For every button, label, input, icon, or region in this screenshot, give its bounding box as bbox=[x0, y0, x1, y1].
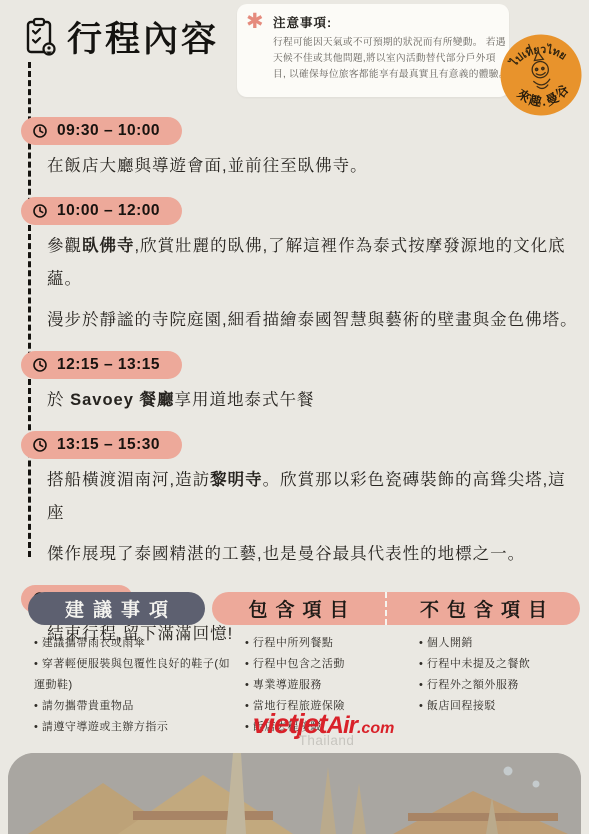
included-header-cell: 包含項目 bbox=[212, 592, 385, 625]
checklist-pin-icon bbox=[20, 16, 60, 58]
itinerary-page: 行程內容 ✱ 注意事項: 行程可能因天氣或不可預期的狀況而有所變動。 若遇天候不… bbox=[0, 0, 589, 834]
list-item: 專業導遊服務 bbox=[245, 675, 417, 696]
clock-icon bbox=[32, 437, 48, 453]
time-badge: 09:30 – 10:00 bbox=[21, 117, 182, 145]
included-excluded-band: 包含項目 不包含項目 bbox=[212, 592, 580, 625]
timeline-text: 參觀臥佛寺,欣賞壯麗的臥佛,了解這裡作為泰式按摩發源地的文化底蘊。 bbox=[47, 230, 583, 296]
list-item: 行程外之額外服務 bbox=[419, 675, 584, 696]
plain-text: 享用道地泰式午餐 bbox=[174, 391, 314, 409]
travel-stamp: ไปเที่ยวไทย 來趣.曼谷 bbox=[496, 30, 586, 120]
timeline-text: 搭船橫渡湄南河,造訪黎明寺。欣賞那以彩色瓷磚裝飾的高聳尖塔,這座 bbox=[47, 464, 583, 530]
timeline-item: 09:30 – 10:00在飯店大廳與導遊會面,並前往至臥佛寺。 bbox=[21, 117, 583, 183]
time-label: 13:15 – 15:30 bbox=[57, 436, 160, 454]
temple-photo bbox=[8, 753, 581, 834]
page-header: 行程內容 bbox=[20, 12, 219, 62]
timeline-item: 13:15 – 15:30搭船橫渡湄南河,造訪黎明寺。欣賞那以彩色瓷磚裝飾的高聳… bbox=[21, 431, 583, 571]
clock-icon bbox=[32, 203, 48, 219]
notice-body: 行程可能因天氣或不可預期的狀況而有所變動。 若遇天候不佳或其他問題,將以室內活動… bbox=[273, 35, 497, 83]
plain-text: 參觀 bbox=[47, 237, 82, 255]
time-label: 10:00 – 12:00 bbox=[57, 202, 160, 220]
notice-line: 行程可能因天氣或不可預期的狀況而有所變動。 若遇 bbox=[273, 35, 497, 51]
highlight-text: Savoey 餐廳 bbox=[70, 391, 174, 409]
notice-line: 天候不佳或其他問題,將以室內活動替代部分戶外項 bbox=[273, 51, 497, 67]
time-label: 12:15 – 13:15 bbox=[57, 356, 160, 374]
asterisk-icon: ✱ bbox=[246, 11, 264, 32]
clock-icon bbox=[32, 357, 48, 373]
section-headers: 建議事項 包含項目 不包含項目 bbox=[0, 592, 589, 625]
timeline-text: 漫步於靜謐的寺院庭園,細看描繪泰國智慧與藝術的壁畫與金色佛塔。 bbox=[47, 304, 583, 337]
highlight-text: 臥佛寺 bbox=[82, 237, 135, 255]
notice-line: 目, 以確保每位旅客都能享有最真實且有意義的體驗。 bbox=[273, 67, 497, 83]
time-label: 09:30 – 10:00 bbox=[57, 122, 160, 140]
region-label: Thailand bbox=[0, 733, 589, 748]
suggestions-header-label: 建議事項 bbox=[56, 595, 177, 622]
clock-icon bbox=[32, 123, 48, 139]
time-badge: 10:00 – 12:00 bbox=[21, 197, 182, 225]
timeline-text: 傑作展現了泰國精湛的工藝,也是曼谷最具代表性的地標之一。 bbox=[47, 538, 583, 571]
plain-text: 搭船橫渡湄南河,造訪 bbox=[47, 471, 210, 489]
timeline-text: 於 Savoey 餐廳享用道地泰式午餐 bbox=[47, 384, 583, 417]
time-badge: 12:15 – 13:15 bbox=[21, 351, 182, 379]
suggestions-header-pill: 建議事項 bbox=[28, 592, 205, 625]
highlight-text: 黎明寺 bbox=[210, 471, 263, 489]
included-header-label: 包含項目 bbox=[240, 595, 356, 622]
timeline: 09:30 – 10:00在飯店大廳與導遊會面,並前往至臥佛寺。10:00 – … bbox=[21, 117, 583, 665]
excluded-header-label: 不包含項目 bbox=[412, 595, 555, 622]
timeline-item: 12:15 – 13:15於 Savoey 餐廳享用道地泰式午餐 bbox=[21, 351, 583, 417]
plain-text: 傑作展現了泰國精湛的工藝,也是曼谷最具代表性的地標之一。 bbox=[47, 545, 525, 563]
plain-text: 於 bbox=[47, 391, 70, 409]
notice-card: ✱ 注意事項: 行程可能因天氣或不可預期的狀況而有所變動。 若遇天候不佳或其他問… bbox=[237, 4, 509, 97]
plain-text: 漫步於靜謐的寺院庭園,細看描繪泰國智慧與藝術的壁畫與金色佛塔。 bbox=[47, 311, 578, 329]
plain-text: 在飯店大廳與導遊會面,並前往至臥佛寺。 bbox=[47, 157, 368, 175]
plain-text: 結束行程,留下滿滿回憶! bbox=[47, 625, 233, 643]
time-badge: 13:15 – 15:30 bbox=[21, 431, 182, 459]
excluded-header-cell: 不包含項目 bbox=[385, 592, 580, 625]
timeline-text: 在飯店大廳與導遊會面,並前往至臥佛寺。 bbox=[47, 150, 583, 183]
timeline-item: 10:00 – 12:00參觀臥佛寺,欣賞壯麗的臥佛,了解這裡作為泰式按摩發源地… bbox=[21, 197, 583, 337]
notice-title: 注意事項: bbox=[273, 13, 497, 31]
page-title: 行程內容 bbox=[67, 12, 219, 62]
